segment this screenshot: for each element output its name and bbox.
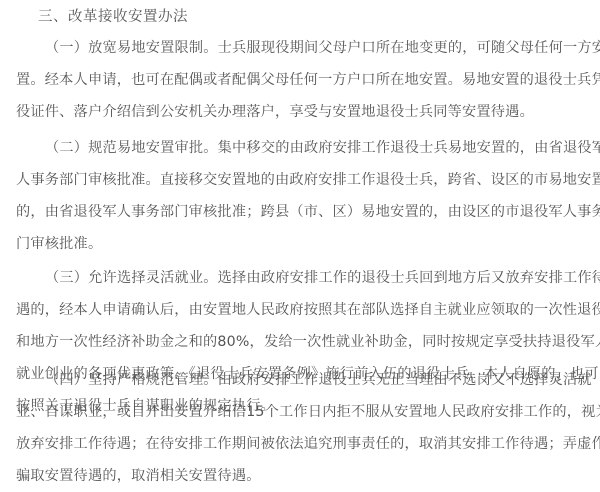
paragraph-1: （一）放宽易地安置限制。士兵服现役期间父母户口所在地变更的，可随父母任何一方安 … xyxy=(16,32,586,128)
paragraph-line: （一）放宽易地安置限制。士兵服现役期间父母户口所在地变更的，可随父母任何一方安 xyxy=(16,32,586,64)
paragraph-line: （四）坚持严格规范管理。由政府安排工作退役士兵无正当理由不选岗又不选择灵活就 xyxy=(16,364,586,396)
paragraph-line: 遇的，经本人申请确认后，由安置地人民政府按照其在部队选择自主就业应领取的一次性退… xyxy=(16,294,586,326)
paragraph-2: （二）规范易地安置审批。集中移交的由政府安排工作退役士兵易地安置的，由省退役军 … xyxy=(16,132,586,260)
paragraph-line: 的，由省退役军人事务部门审核批准；跨县（市、区）易地安置的，由设区的市退役军人事… xyxy=(16,196,586,228)
paragraph-line: 置。经本人申请，也可在配偶或者配偶父母任何一方户口所在地安置。易地安置的退役士兵… xyxy=(16,64,586,96)
paragraph-line: 骗取安置待遇的，取消相关安置待遇。 xyxy=(16,460,586,492)
paragraph-line: 业、自谋职业，或自开出安置介绍信15个工作日内拒不服从安置地人民政府安排工作的，… xyxy=(16,396,586,428)
paragraph-line: （三）允许选择灵活就业。选择由政府安排工作的退役士兵回到地方后又放弃安排工作待 xyxy=(16,262,586,294)
paragraph-4: （四）坚持严格规范管理。由政府安排工作退役士兵无正当理由不选岗又不选择灵活就 业… xyxy=(16,364,586,492)
paragraph-line: 役证件、落户介绍信到公安机关办理落户，享受与安置地退役士兵同等安置待遇。 xyxy=(16,96,586,128)
paragraph-line: 人事务部门审核批准。直接移交安置地的由政府安排工作退役士兵，跨省、设区的市易地安… xyxy=(16,164,586,196)
paragraph-line: 放弃安排工作待遇；在待安排工作期间被依法追究刑事责任的，取消其安排工作待遇；弄虚… xyxy=(16,428,586,460)
paragraph-line: 和地方一次性经济补助金之和的80%，发给一次性就业补助金，同时按规定享受扶持退役… xyxy=(16,326,586,358)
paragraph-line: 门审核批准。 xyxy=(16,228,586,260)
section-heading: 三、改革接收安置办法 xyxy=(38,6,188,28)
paragraph-line: （二）规范易地安置审批。集中移交的由政府安排工作退役士兵易地安置的，由省退役军 xyxy=(16,132,586,164)
